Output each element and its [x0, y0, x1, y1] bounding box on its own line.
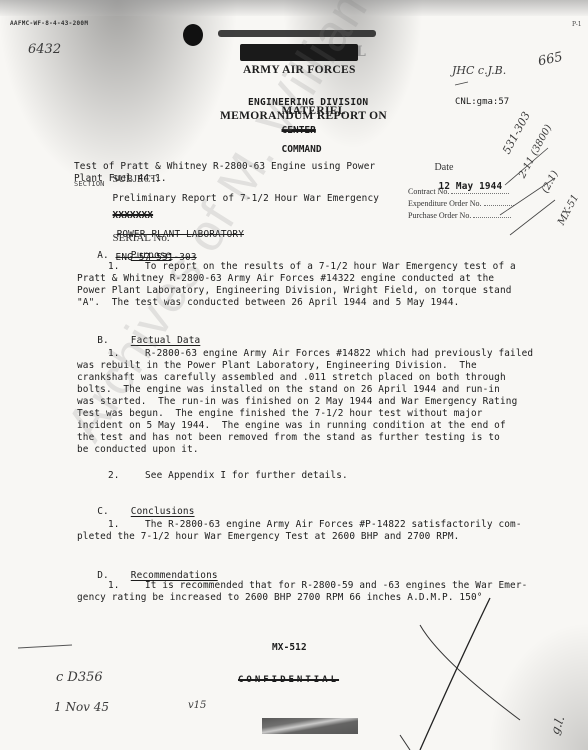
pen-marks	[0, 0, 588, 750]
document-page: AAFMC-WF-8-4-43-200M P-1 CONFIDENTIAL 64…	[0, 0, 588, 750]
